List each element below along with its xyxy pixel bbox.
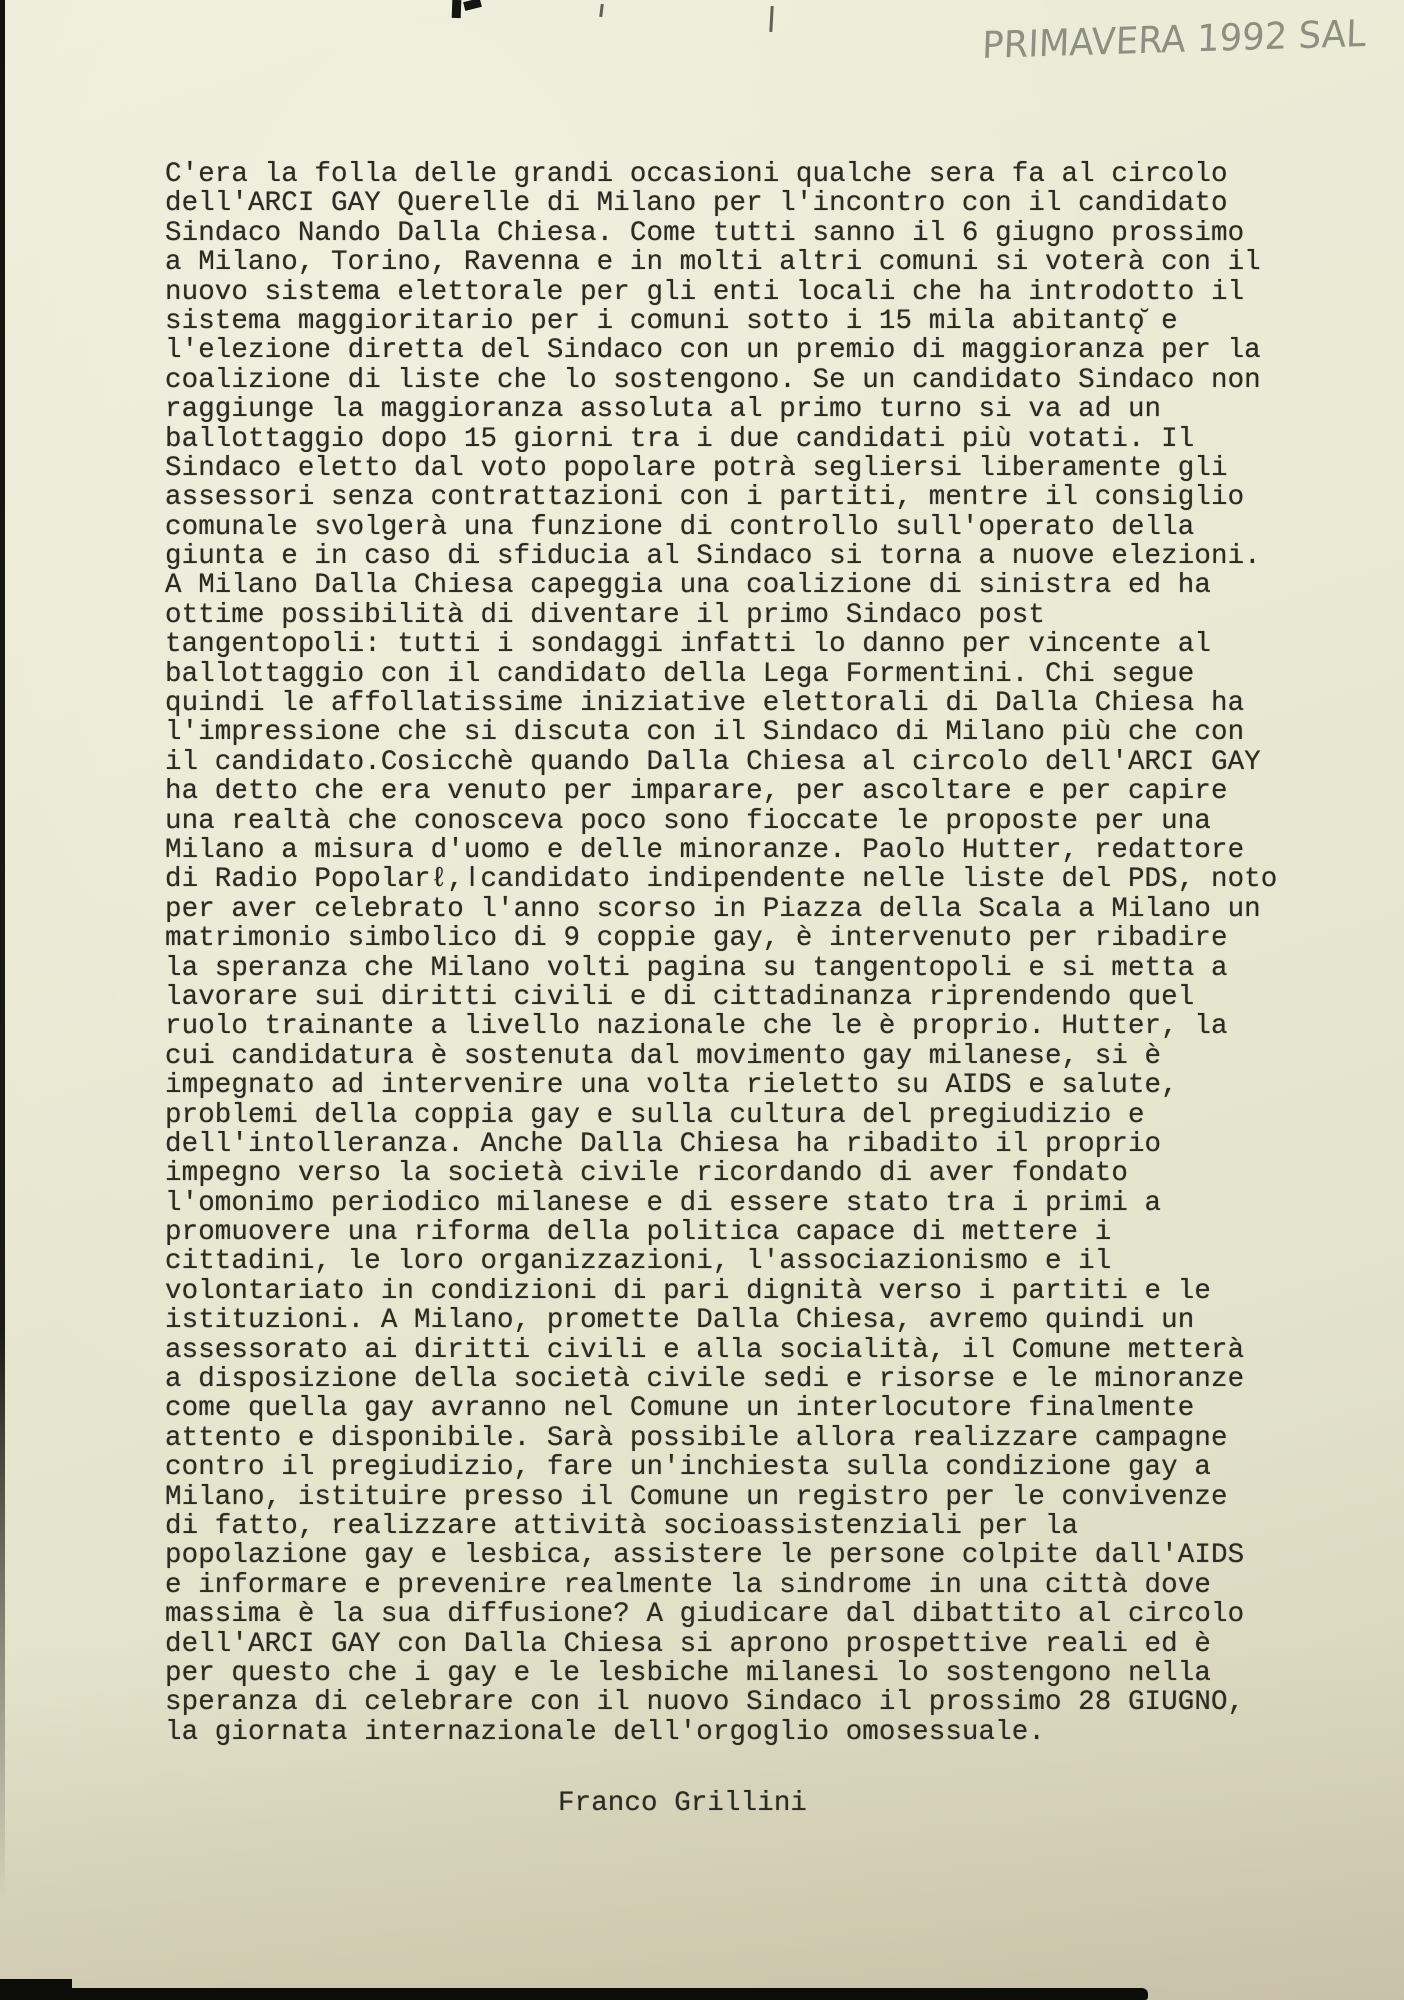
text-line: comunale svolgerà una funzione di contro… — [165, 513, 1277, 542]
text-line: dell'intolleranza. Anche Dalla Chiesa ha… — [165, 1130, 1277, 1159]
text-line: C'era la folla delle grandi occasioni qu… — [165, 160, 1277, 189]
text-line: di Radio Popolarℓ,ǀcandidato indipendent… — [165, 865, 1277, 894]
text-line: a Milano, Torino, Ravenna e in molti alt… — [165, 248, 1277, 277]
scan-artifact-mark — [463, 0, 482, 11]
text-line: assessorato ai diritti civili e alla soc… — [165, 1336, 1277, 1365]
scan-edge-left — [0, 0, 5, 1900]
scan-artifact-mark — [599, 4, 604, 17]
text-line: Milano a misura d'uomo e delle minoranze… — [165, 836, 1277, 865]
text-line: contro il pregiudizio, fare un'inchiesta… — [165, 1453, 1277, 1482]
text-line: ballottaggio dopo 15 giorni tra i due ca… — [165, 425, 1277, 454]
text-line: tangentopoli: tutti i sondaggi infatti l… — [165, 630, 1277, 659]
text-line: ha detto che era venuto per imparare, pe… — [165, 777, 1277, 806]
text-line: per aver celebrato l'anno scorso in Piaz… — [165, 895, 1277, 924]
scan-edge-bottom — [0, 1988, 1148, 2000]
text-line: istituzioni. A Milano, promette Dalla Ch… — [165, 1306, 1277, 1335]
text-line: dell'ARCI GAY con Dalla Chiesa si aprono… — [165, 1630, 1277, 1659]
text-line: attento e disponibile. Sarà possibile al… — [165, 1424, 1277, 1453]
text-line: la giornata internazionale dell'orgoglio… — [165, 1718, 1277, 1747]
text-line: popolazione gay e lesbica, assistere le … — [165, 1541, 1277, 1570]
text-line: cittadini, le loro organizzazioni, l'ass… — [165, 1247, 1277, 1276]
text-line: promuovere una riforma della politica ca… — [165, 1218, 1277, 1247]
text-line: matrimonio simbolico di 9 coppie gay, è … — [165, 924, 1277, 953]
scan-artifact-mark — [769, 6, 773, 32]
text-line: quindi le affollatissime iniziative elet… — [165, 689, 1277, 718]
text-line: a disposizione della società civile sedi… — [165, 1365, 1277, 1394]
text-line: e informare e prevenire realmente la sin… — [165, 1571, 1277, 1600]
text-line: massima è la sua diffusione? A giudicare… — [165, 1600, 1277, 1629]
text-line: giunta e in caso di sfiducia al Sindaco … — [165, 542, 1277, 571]
text-line: nuovo sistema elettorale per gli enti lo… — [165, 278, 1277, 307]
text-line: problemi della coppia gay e sulla cultur… — [165, 1101, 1277, 1130]
text-line: l'impressione che si discuta con il Sind… — [165, 718, 1277, 747]
text-line: coalizione di liste che lo sostengono. S… — [165, 366, 1277, 395]
text-line: Milano, istituire presso il Comune un re… — [165, 1483, 1277, 1512]
text-line: come quella gay avranno nel Comune un in… — [165, 1394, 1277, 1423]
text-line: speranza di celebrare con il nuovo Sinda… — [165, 1688, 1277, 1717]
typewritten-text: C'era la folla delle grandi occasioni qu… — [165, 160, 1277, 1747]
text-line: ballottaggio con il candidato della Lega… — [165, 660, 1277, 689]
text-line: il candidato.Cosicchè quando Dalla Chies… — [165, 748, 1277, 777]
text-line: Sindaco eletto dal voto popolare potrà s… — [165, 454, 1277, 483]
scan-artifact-mark — [452, 0, 462, 18]
text-line: raggiunge la maggioranza assoluta al pri… — [165, 395, 1277, 424]
text-line: per questo che i gay e le lesbiche milan… — [165, 1659, 1277, 1688]
text-line: assessori senza contrattazioni con i par… — [165, 483, 1277, 512]
text-line: dell'ARCI GAY Querelle di Milano per l'i… — [165, 189, 1277, 218]
signature: Franco Grillini — [558, 1788, 807, 1819]
text-line: la speranza che Milano volti pagina su t… — [165, 954, 1277, 983]
text-line: l'omonimo periodico milanese e di essere… — [165, 1189, 1277, 1218]
text-line: Sindaco Nando Dalla Chiesa. Come tutti s… — [165, 219, 1277, 248]
text-line: lavorare sui diritti civili e di cittadi… — [165, 983, 1277, 1012]
text-line: impegnato ad intervenire una volta riele… — [165, 1071, 1277, 1100]
text-line: di fatto, realizzare attività socioassis… — [165, 1512, 1277, 1541]
scan-corner-bottom-left — [0, 1979, 72, 2000]
text-line: ottime possibilità di diventare il primo… — [165, 601, 1277, 630]
text-line: volontariato in condizioni di pari digni… — [165, 1277, 1277, 1306]
scanned-page: PRIMAVERA 1992 SAL C'era la folla delle … — [0, 0, 1404, 2000]
handwritten-note: PRIMAVERA 1992 SAL — [981, 11, 1386, 67]
text-line: ruolo trainante a livello nazionale che … — [165, 1012, 1277, 1041]
text-line: cui candidatura è sostenuta dal moviment… — [165, 1042, 1277, 1071]
text-line: una realtà che conosceva poco sono fiocc… — [165, 807, 1277, 836]
text-line: impegno verso la società civile ricordan… — [165, 1159, 1277, 1188]
text-line: sistema maggioritario per i comuni sotto… — [165, 307, 1277, 336]
text-line: l'elezione diretta del Sindaco con un pr… — [165, 336, 1277, 365]
text-line: A Milano Dalla Chiesa capeggia una coali… — [165, 571, 1277, 600]
